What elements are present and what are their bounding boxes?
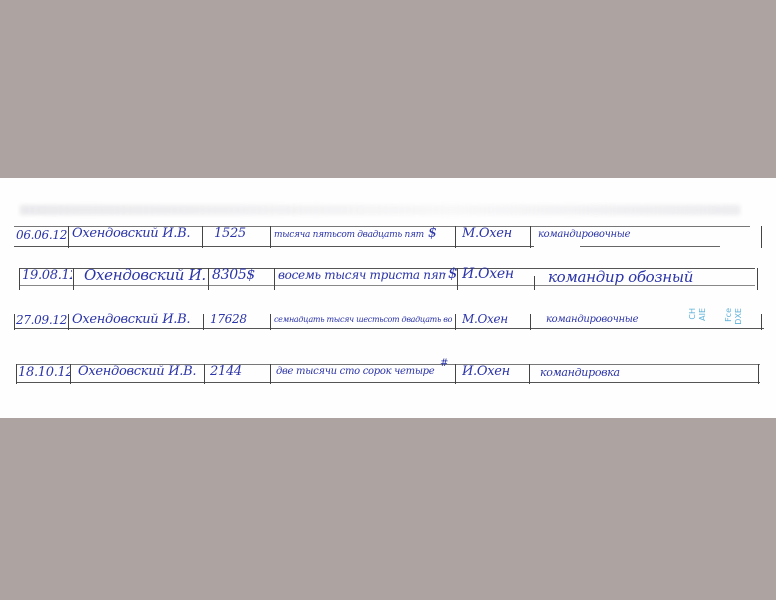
currency-mark: $ <box>428 225 448 241</box>
col-divider <box>761 314 762 330</box>
col-divider <box>203 314 204 330</box>
amount-cell: 17628 <box>210 312 268 326</box>
row-bottom-line <box>14 246 534 247</box>
ledger-row-4: 18.10.12 Охендовский И.В. 2144 две тысяч… <box>0 364 776 394</box>
row-bottom-line-right <box>580 246 720 247</box>
scan-smudge <box>20 205 740 215</box>
col-divider <box>204 364 205 384</box>
col-divider <box>68 314 69 330</box>
col-divider <box>455 226 456 248</box>
col-divider <box>455 364 456 384</box>
signature-cell: И.Охен <box>462 266 532 282</box>
row-bottom-line <box>16 382 760 383</box>
date-cell: 18.10.12 <box>18 365 70 380</box>
currency-mark: $ <box>448 264 462 282</box>
col-divider <box>16 364 17 384</box>
name-cell: Охендовский И.В. <box>72 312 200 327</box>
col-divider <box>757 268 758 290</box>
amount-words-cell: тысяча пятьсот двадцать пять <box>274 230 424 240</box>
amount-words-cell: две тысячи сто сорок четыре <box>276 366 436 377</box>
ledger-row-1: 06.06.12 Охендовский И.В. 1525 тысяча пя… <box>0 224 776 254</box>
col-divider <box>758 364 759 384</box>
ledger-row-3: 27.09.12 Охендовский И.В. 17628 семнадца… <box>0 314 776 344</box>
amount-words-cell: восемь тысяч триста пять <box>278 268 446 282</box>
ledger-row-2: 19.08.12 Охендовский И. 8305$ восемь тыс… <box>0 268 776 298</box>
col-divider <box>202 226 203 248</box>
col-divider <box>73 268 74 290</box>
col-divider <box>530 226 531 248</box>
col-divider <box>208 268 209 290</box>
col-divider <box>530 314 531 330</box>
name-cell: Охендовский И. <box>84 266 208 284</box>
ledger-paper: 06.06.12 Охендовский И.В. 1525 тысяча пя… <box>0 178 776 418</box>
date-cell: 19.08.12 <box>22 268 72 283</box>
col-divider <box>270 226 271 248</box>
signature-cell: М.Охен <box>462 226 526 241</box>
col-divider <box>455 314 456 330</box>
signature-cell: М.Охен <box>462 312 526 326</box>
position-cell: командировка <box>540 366 660 379</box>
amount-cell: 8305$ <box>212 267 272 283</box>
row-bottom-line <box>14 328 764 329</box>
currency-mark: # <box>440 358 454 369</box>
stamp-text: Fce <box>724 308 733 322</box>
stamp-text: CH <box>688 308 697 320</box>
amount-words-cell: семнадцать тысяч шестьсот двадцать восем… <box>274 315 452 324</box>
name-cell: Охендовский И.В. <box>72 226 200 241</box>
position-cell: командир обозный <box>548 268 748 286</box>
col-divider <box>761 226 762 248</box>
col-divider <box>529 364 530 384</box>
col-divider <box>270 364 271 384</box>
col-divider <box>68 226 69 248</box>
date-cell: 27.09.12 <box>16 313 68 327</box>
position-cell: командировочные <box>546 314 676 325</box>
amount-cell: 1525 <box>214 226 268 241</box>
name-cell: Охендовский И.В. <box>78 364 202 379</box>
col-divider <box>274 268 275 290</box>
position-cell: командировочные <box>538 229 668 240</box>
stamp-text: DXE <box>734 308 743 325</box>
col-divider <box>534 276 535 290</box>
col-divider <box>19 268 20 290</box>
stamp-text: AIE <box>698 308 707 321</box>
signature-cell: И.Охен <box>462 364 526 379</box>
col-divider <box>270 314 271 330</box>
amount-cell: 2144 <box>210 364 268 379</box>
col-divider <box>70 364 71 384</box>
col-divider <box>14 314 15 330</box>
date-cell: 06.06.12 <box>16 228 68 242</box>
